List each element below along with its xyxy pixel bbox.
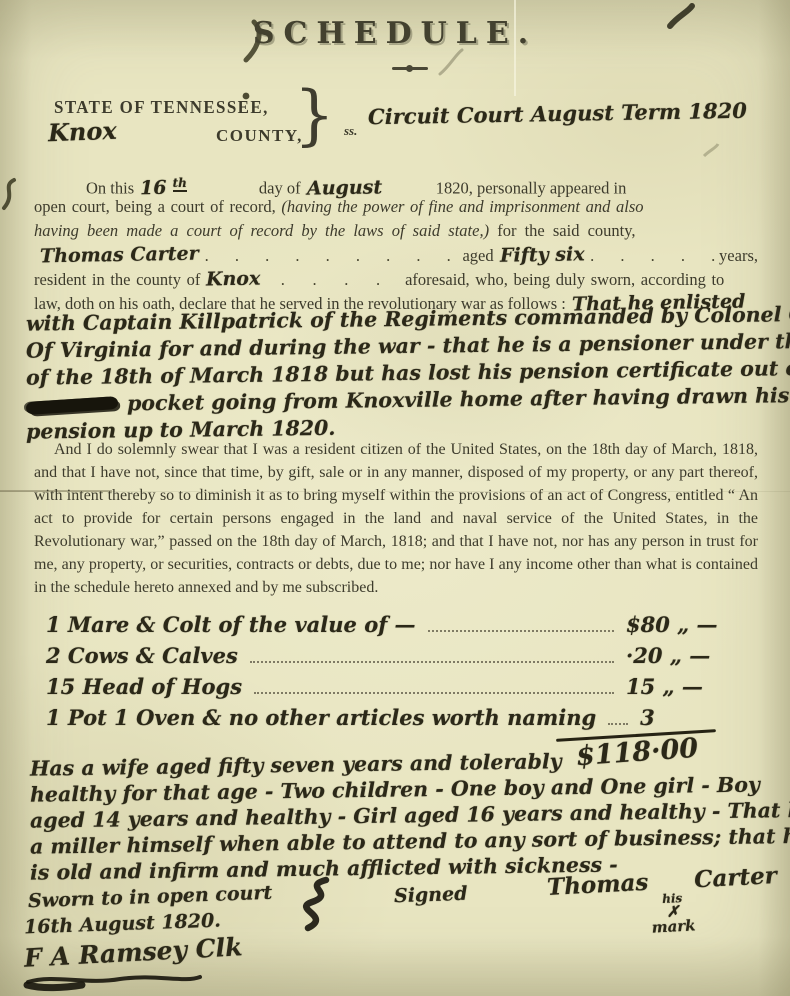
item-description: 2 Cows & Calves (46, 643, 238, 668)
signature-last-name: Carter (693, 862, 777, 893)
county-name-handwritten: Knox (48, 116, 118, 147)
appearance-paragraph: On this16thday ofAugust1820, personally … (34, 171, 758, 315)
dotted-leader: . . . . . . . . . (590, 244, 719, 268)
ink-speck (700, 140, 722, 160)
dotted-leader: . . . . . . . . . . . . . . (205, 244, 463, 268)
dotted-leader (250, 661, 614, 663)
item-amount: 3 (640, 705, 736, 730)
schedule-row: 2 Cows & Calves·20 „ — (46, 643, 722, 674)
county-word: COUNTY, (216, 126, 303, 146)
print-text: years, (719, 244, 758, 268)
clerk-signature: F A Ramsey Clk (23, 932, 243, 972)
print-italic-text: having been made a court of record by th… (34, 221, 489, 240)
caption-brace: } (294, 83, 335, 148)
item-description: 1 Mare & Colt of the value of — (46, 612, 416, 637)
handwritten-declarant-name: Thomas Carter (40, 242, 199, 269)
appearance-line-3: having been made a court of record by th… (34, 219, 758, 243)
schedule-row: 15 Head of Hogs15 „ — (46, 674, 722, 705)
state-line: STATE OF TENNESSEE, (54, 97, 269, 118)
his-mark-stack: his✗mark (650, 891, 696, 935)
dotted-leader (428, 630, 614, 632)
ss-abbreviation: ss. (344, 123, 357, 139)
signature-flourish (22, 972, 206, 992)
signed-label: Signed (394, 883, 468, 908)
scanned-document-page: SCHEDULE. STATE OF TENNESSEE, Knox COUNT… (0, 0, 790, 996)
print-text: for the said county, (489, 221, 635, 240)
print-text: resident in the county of (34, 270, 200, 289)
family-statement-handwritten: Has a wife aged fifty seven years and to… (30, 750, 790, 880)
dotted-leader: . . . . (281, 270, 391, 289)
pen-flourish (294, 876, 344, 934)
handwritten-age: Fifty six (499, 242, 584, 267)
schedule-row: 1 Pot 1 Oven & no other articles worth n… (46, 705, 722, 736)
item-amount: 15 „ — (626, 674, 722, 699)
item-description: 15 Head of Hogs (46, 674, 242, 699)
scratched-out-word (26, 396, 119, 415)
service-statement-handwritten: with Captain Killpatrick of the Regiment… (26, 306, 774, 441)
declarant-signature: Thomashis✗markCarter (546, 862, 779, 941)
item-description: 1 Pot 1 Oven & no other articles worth n… (46, 705, 596, 730)
item-amount: ·20 „ — (626, 643, 722, 668)
appearance-line-1: On this16thday ofAugust1820, personally … (34, 171, 758, 195)
ink-speck (0, 176, 20, 212)
handwritten-county: Knox (206, 267, 261, 292)
print-text: aforesaid, who, being duly sworn, accord… (405, 270, 724, 289)
oath-paragraph: And I do solemnly swear that I was a res… (34, 438, 758, 599)
handwritten-month: August (306, 175, 382, 200)
mark-label: mark (651, 918, 696, 935)
appearance-line-5: resident in the county ofKnox. . . .afor… (34, 267, 758, 291)
signature-first-name: Thomas (546, 869, 649, 901)
schedule-row: 1 Mare & Colt of the value of —$80 „ — (46, 612, 722, 643)
document-title: SCHEDULE. (0, 16, 790, 51)
handwritten-day: 16 (140, 175, 167, 199)
print-text: aged (462, 244, 493, 268)
sworn-line-1: Sworn to in open court (28, 882, 273, 913)
title-rule (392, 67, 428, 70)
dotted-leader (608, 723, 628, 725)
dotted-leader (254, 692, 614, 694)
handwritten-day-suffix: th (173, 176, 187, 192)
property-schedule: 1 Mare & Colt of the value of —$80 „ — 2… (46, 612, 722, 736)
appearance-line-4: Thomas Carter. . . . . . . . . . . . . .… (34, 243, 758, 267)
court-term-handwritten: Circuit Court August Term 1820 (368, 98, 747, 130)
item-amount: $80 „ — (626, 612, 722, 637)
